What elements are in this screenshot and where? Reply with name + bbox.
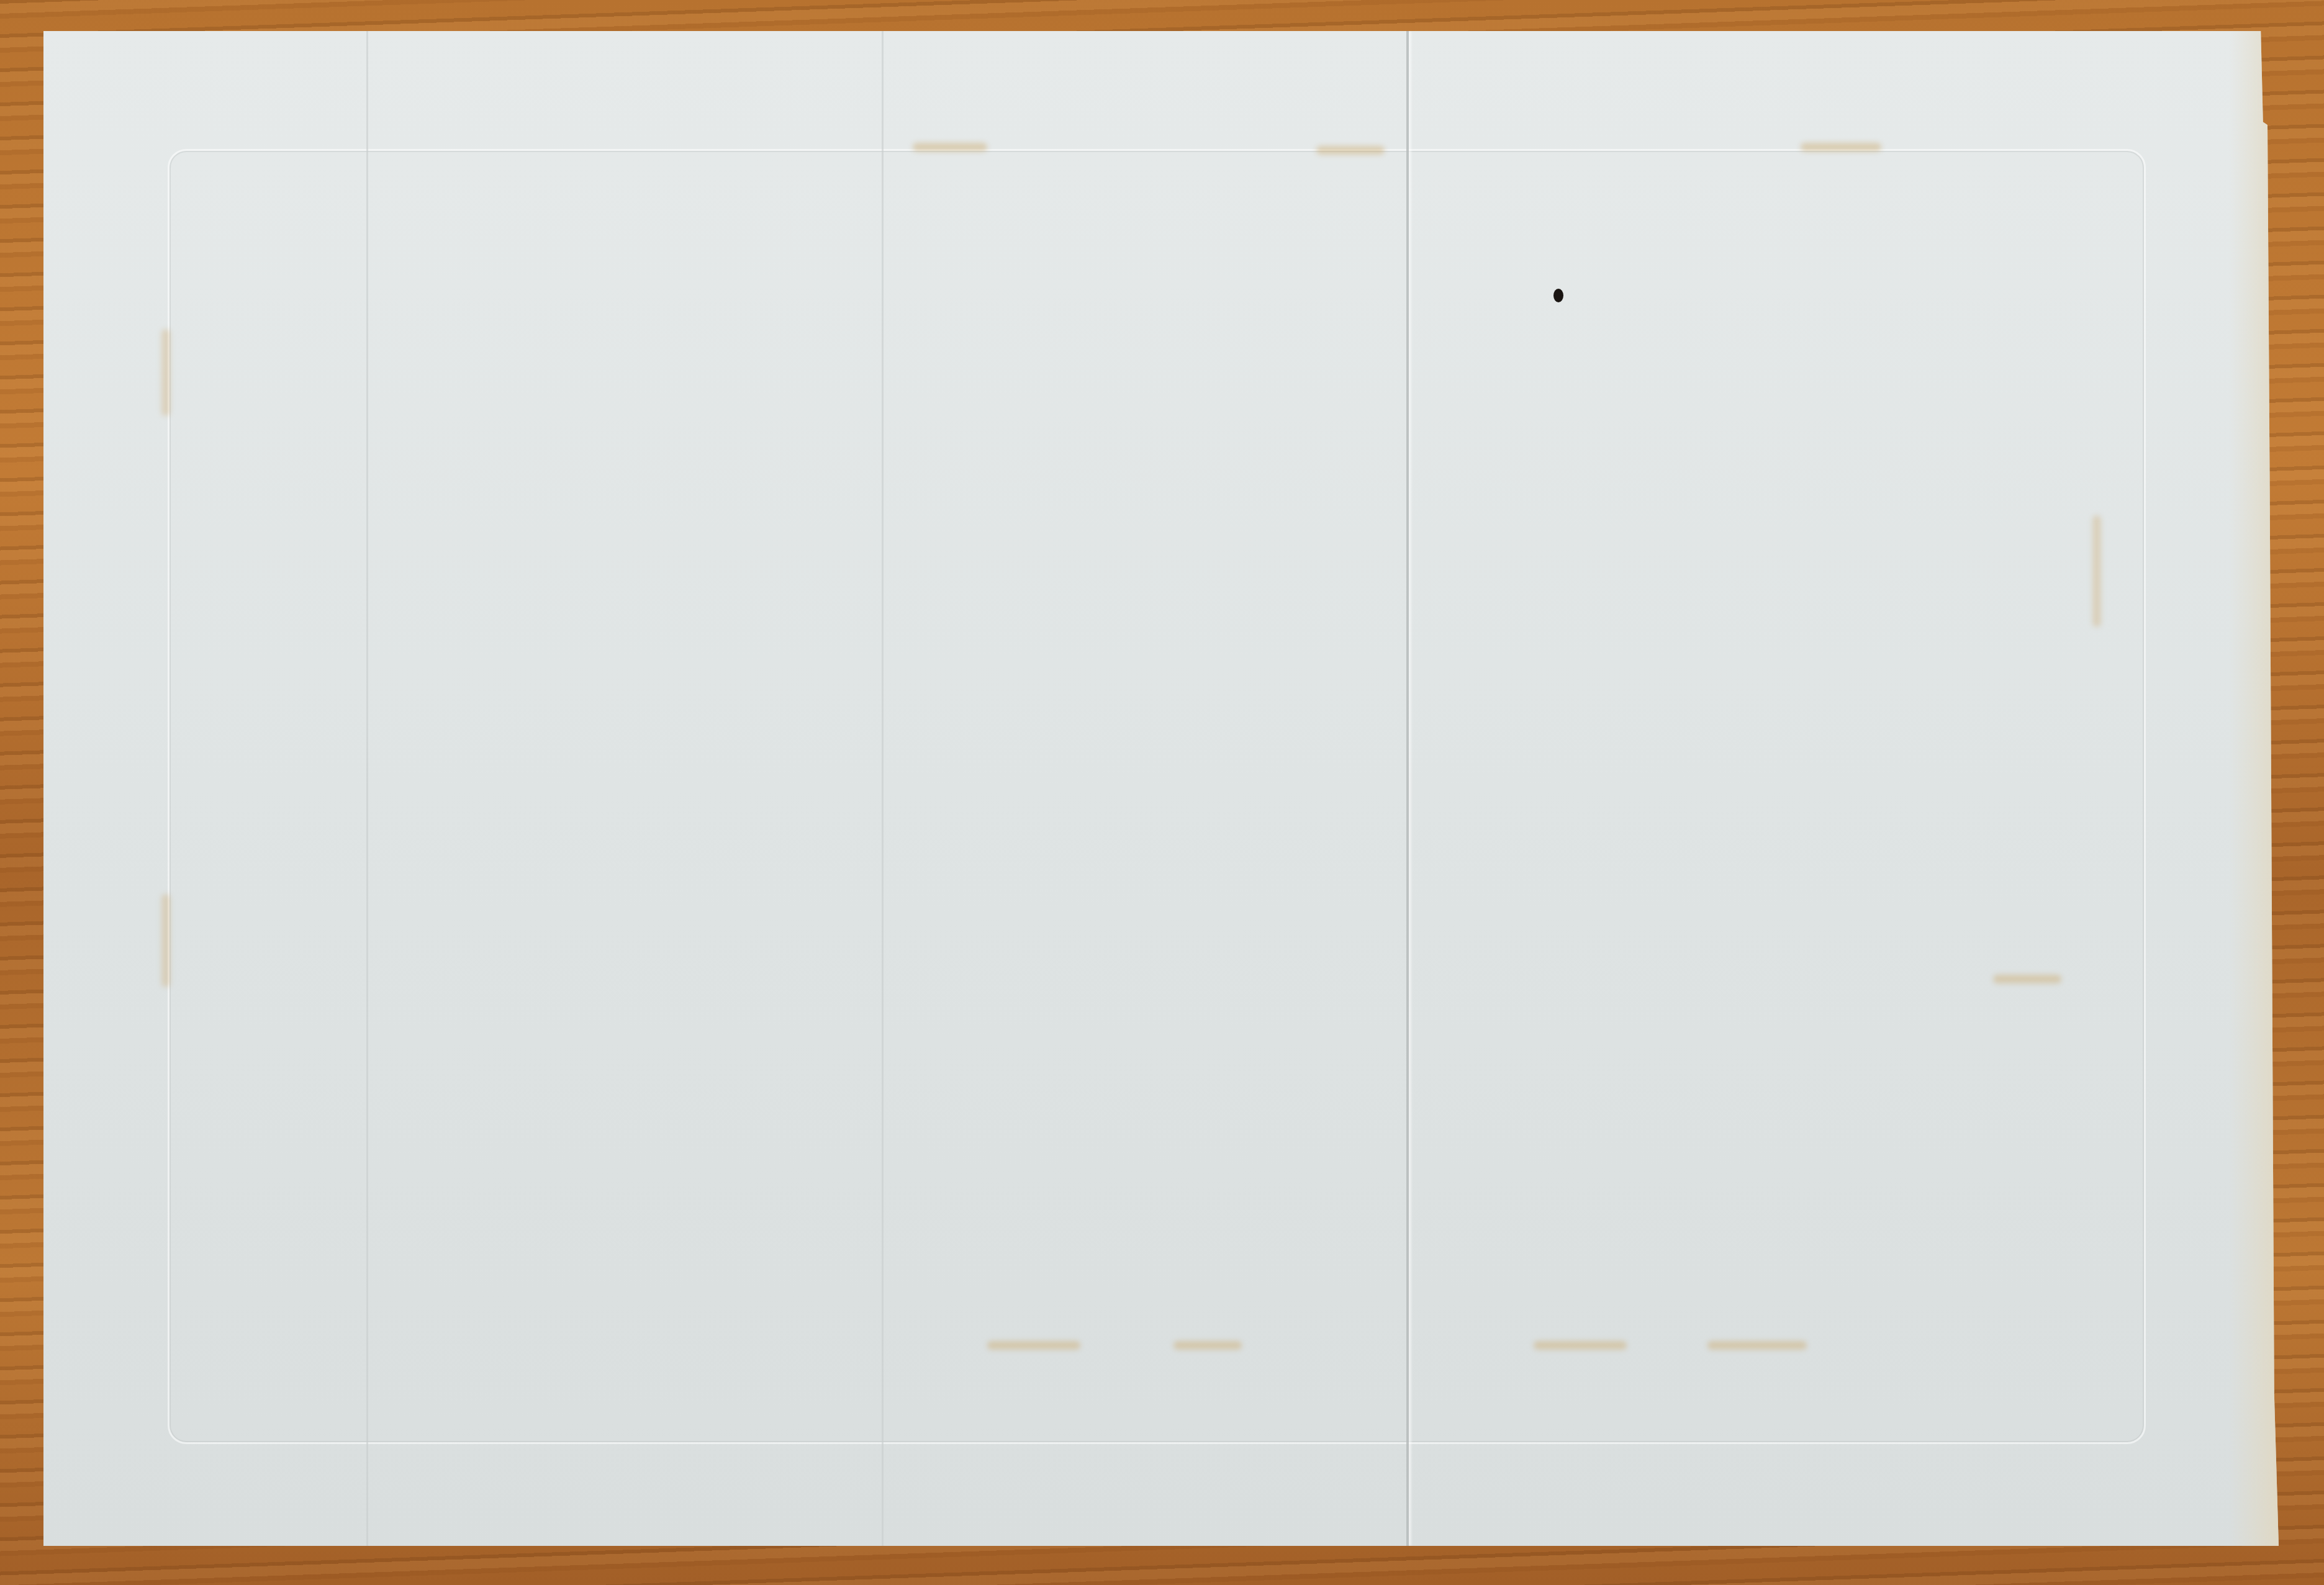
foxing-stain xyxy=(161,329,170,416)
foxing-stain xyxy=(2092,515,2101,627)
foxing-stain xyxy=(1801,143,1881,151)
left-crease xyxy=(366,31,368,1546)
foxing-stain xyxy=(987,1341,1080,1350)
foxing-stain xyxy=(913,143,987,151)
foxing-stain xyxy=(1993,975,2061,983)
foxing-stain xyxy=(1534,1341,1627,1350)
foxing-stain xyxy=(161,894,170,987)
dark-spot xyxy=(1553,289,1563,302)
paper-sheet xyxy=(43,31,2279,1546)
foxing-stain xyxy=(1707,1341,1807,1350)
plate-mark xyxy=(168,149,2146,1444)
mid-left-crease xyxy=(882,31,884,1546)
center-fold xyxy=(1406,31,1409,1546)
foxing-stain xyxy=(1316,146,1385,155)
foxing-stain xyxy=(1173,1341,1242,1350)
